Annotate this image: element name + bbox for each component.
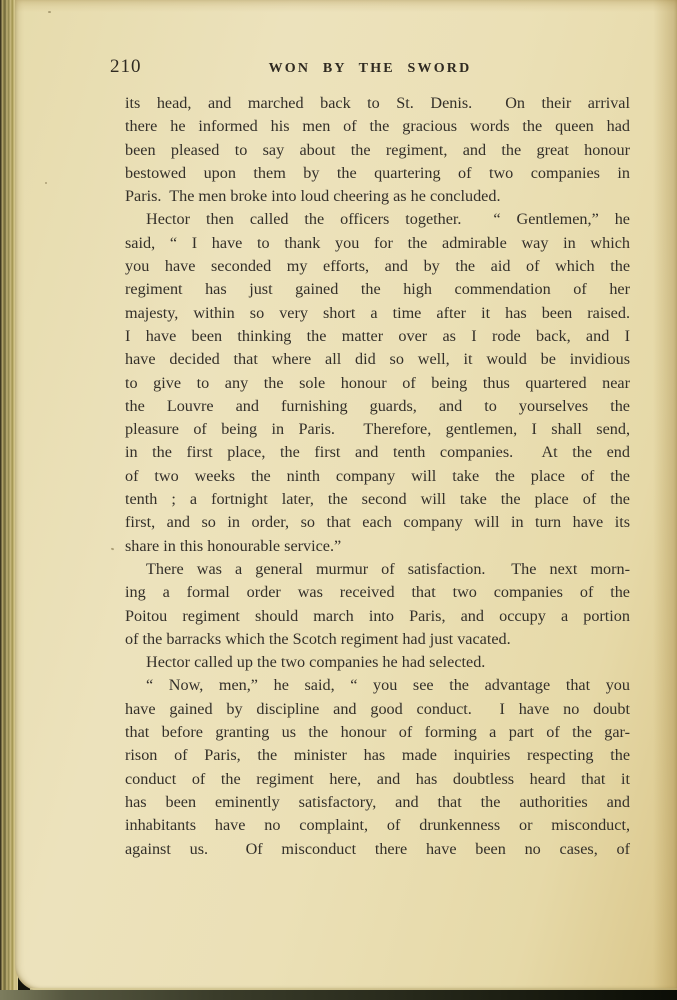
- text-line: first, and so in order, so that each com…: [125, 511, 630, 534]
- text-line: have gained by discipline and good condu…: [125, 698, 630, 721]
- text-line: Poitou regiment should march into Paris,…: [125, 605, 630, 628]
- text-line: majesty, within so very short a time aft…: [125, 302, 630, 325]
- text-line: have decided that where all did so well,…: [125, 348, 630, 371]
- text-line: bestowed upon them by the quartering of …: [125, 162, 630, 185]
- paragraph: Hector called up the two companies he ha…: [125, 651, 630, 674]
- text-line: of two weeks the ninth company will take…: [125, 465, 630, 488]
- paragraph: Hector then called the officers together…: [125, 208, 630, 557]
- paper-speck: [45, 182, 47, 184]
- text-line: said, “ I have to thank you for the admi…: [125, 232, 630, 255]
- text-line: Hector then called the officers together…: [125, 208, 630, 231]
- text-line: share in this honourable service.”: [125, 535, 630, 558]
- text-line: that before granting us the honour of fo…: [125, 721, 630, 744]
- text-line: ing a formal order was received that two…: [125, 581, 630, 604]
- paper-speck: [111, 548, 115, 551]
- book-bottom-shadow: [0, 990, 677, 1000]
- text-line: in the first place, the first and tenth …: [125, 441, 630, 464]
- text-line: against us. Of misconduct there have bee…: [125, 838, 630, 861]
- text-line: the Louvre and furnishing guards, and to…: [125, 395, 630, 418]
- text-line: I have been thinking the matter over as …: [125, 325, 630, 348]
- text-line: of the barracks which the Scotch regimen…: [125, 628, 630, 651]
- text-line: tenth ; a fortnight later, the second wi…: [125, 488, 630, 511]
- paragraph: its head, and marched back to St. Denis.…: [125, 92, 630, 208]
- text-line: has been eminently satisfactory, and tha…: [125, 791, 630, 814]
- text-line: you have seconded my efforts, and by the…: [125, 255, 630, 278]
- text-line: been pleased to say about the regiment, …: [125, 139, 630, 162]
- text-line: conduct of the regiment here, and has do…: [125, 768, 630, 791]
- body-text: its head, and marched back to St. Denis.…: [125, 92, 630, 861]
- paragraph: “ Now, men,” he said, “ you see the adva…: [125, 674, 630, 860]
- running-title: WON BY THE SWORD: [269, 61, 472, 76]
- text-line: to give to any the sole honour of being …: [125, 372, 630, 395]
- text-line: inhabitants have no complaint, of drunke…: [125, 814, 630, 837]
- text-line: its head, and marched back to St. Denis.…: [125, 92, 630, 115]
- page-header: 210 WON BY THE SWORD: [110, 56, 630, 80]
- text-line: regiment has just gained the high commen…: [125, 278, 630, 301]
- paragraph: There was a general murmur of satisfacti…: [125, 558, 630, 651]
- text-line: pleasure of being in Paris. Therefore, g…: [125, 418, 630, 441]
- paper-speck: [48, 11, 51, 13]
- book-page-photo: 210 WON BY THE SWORD its head, and march…: [0, 0, 677, 1000]
- text-line: rison of Paris, the minister has made in…: [125, 744, 630, 767]
- text-line: Hector called up the two companies he ha…: [125, 651, 630, 674]
- text-line: there he informed his men of the graciou…: [125, 115, 630, 138]
- text-line: “ Now, men,” he said, “ you see the adva…: [125, 674, 630, 697]
- text-line: Paris. The men broke into loud cheering …: [125, 185, 630, 208]
- page-number: 210: [110, 56, 142, 78]
- text-line: There was a general murmur of satisfacti…: [125, 558, 630, 581]
